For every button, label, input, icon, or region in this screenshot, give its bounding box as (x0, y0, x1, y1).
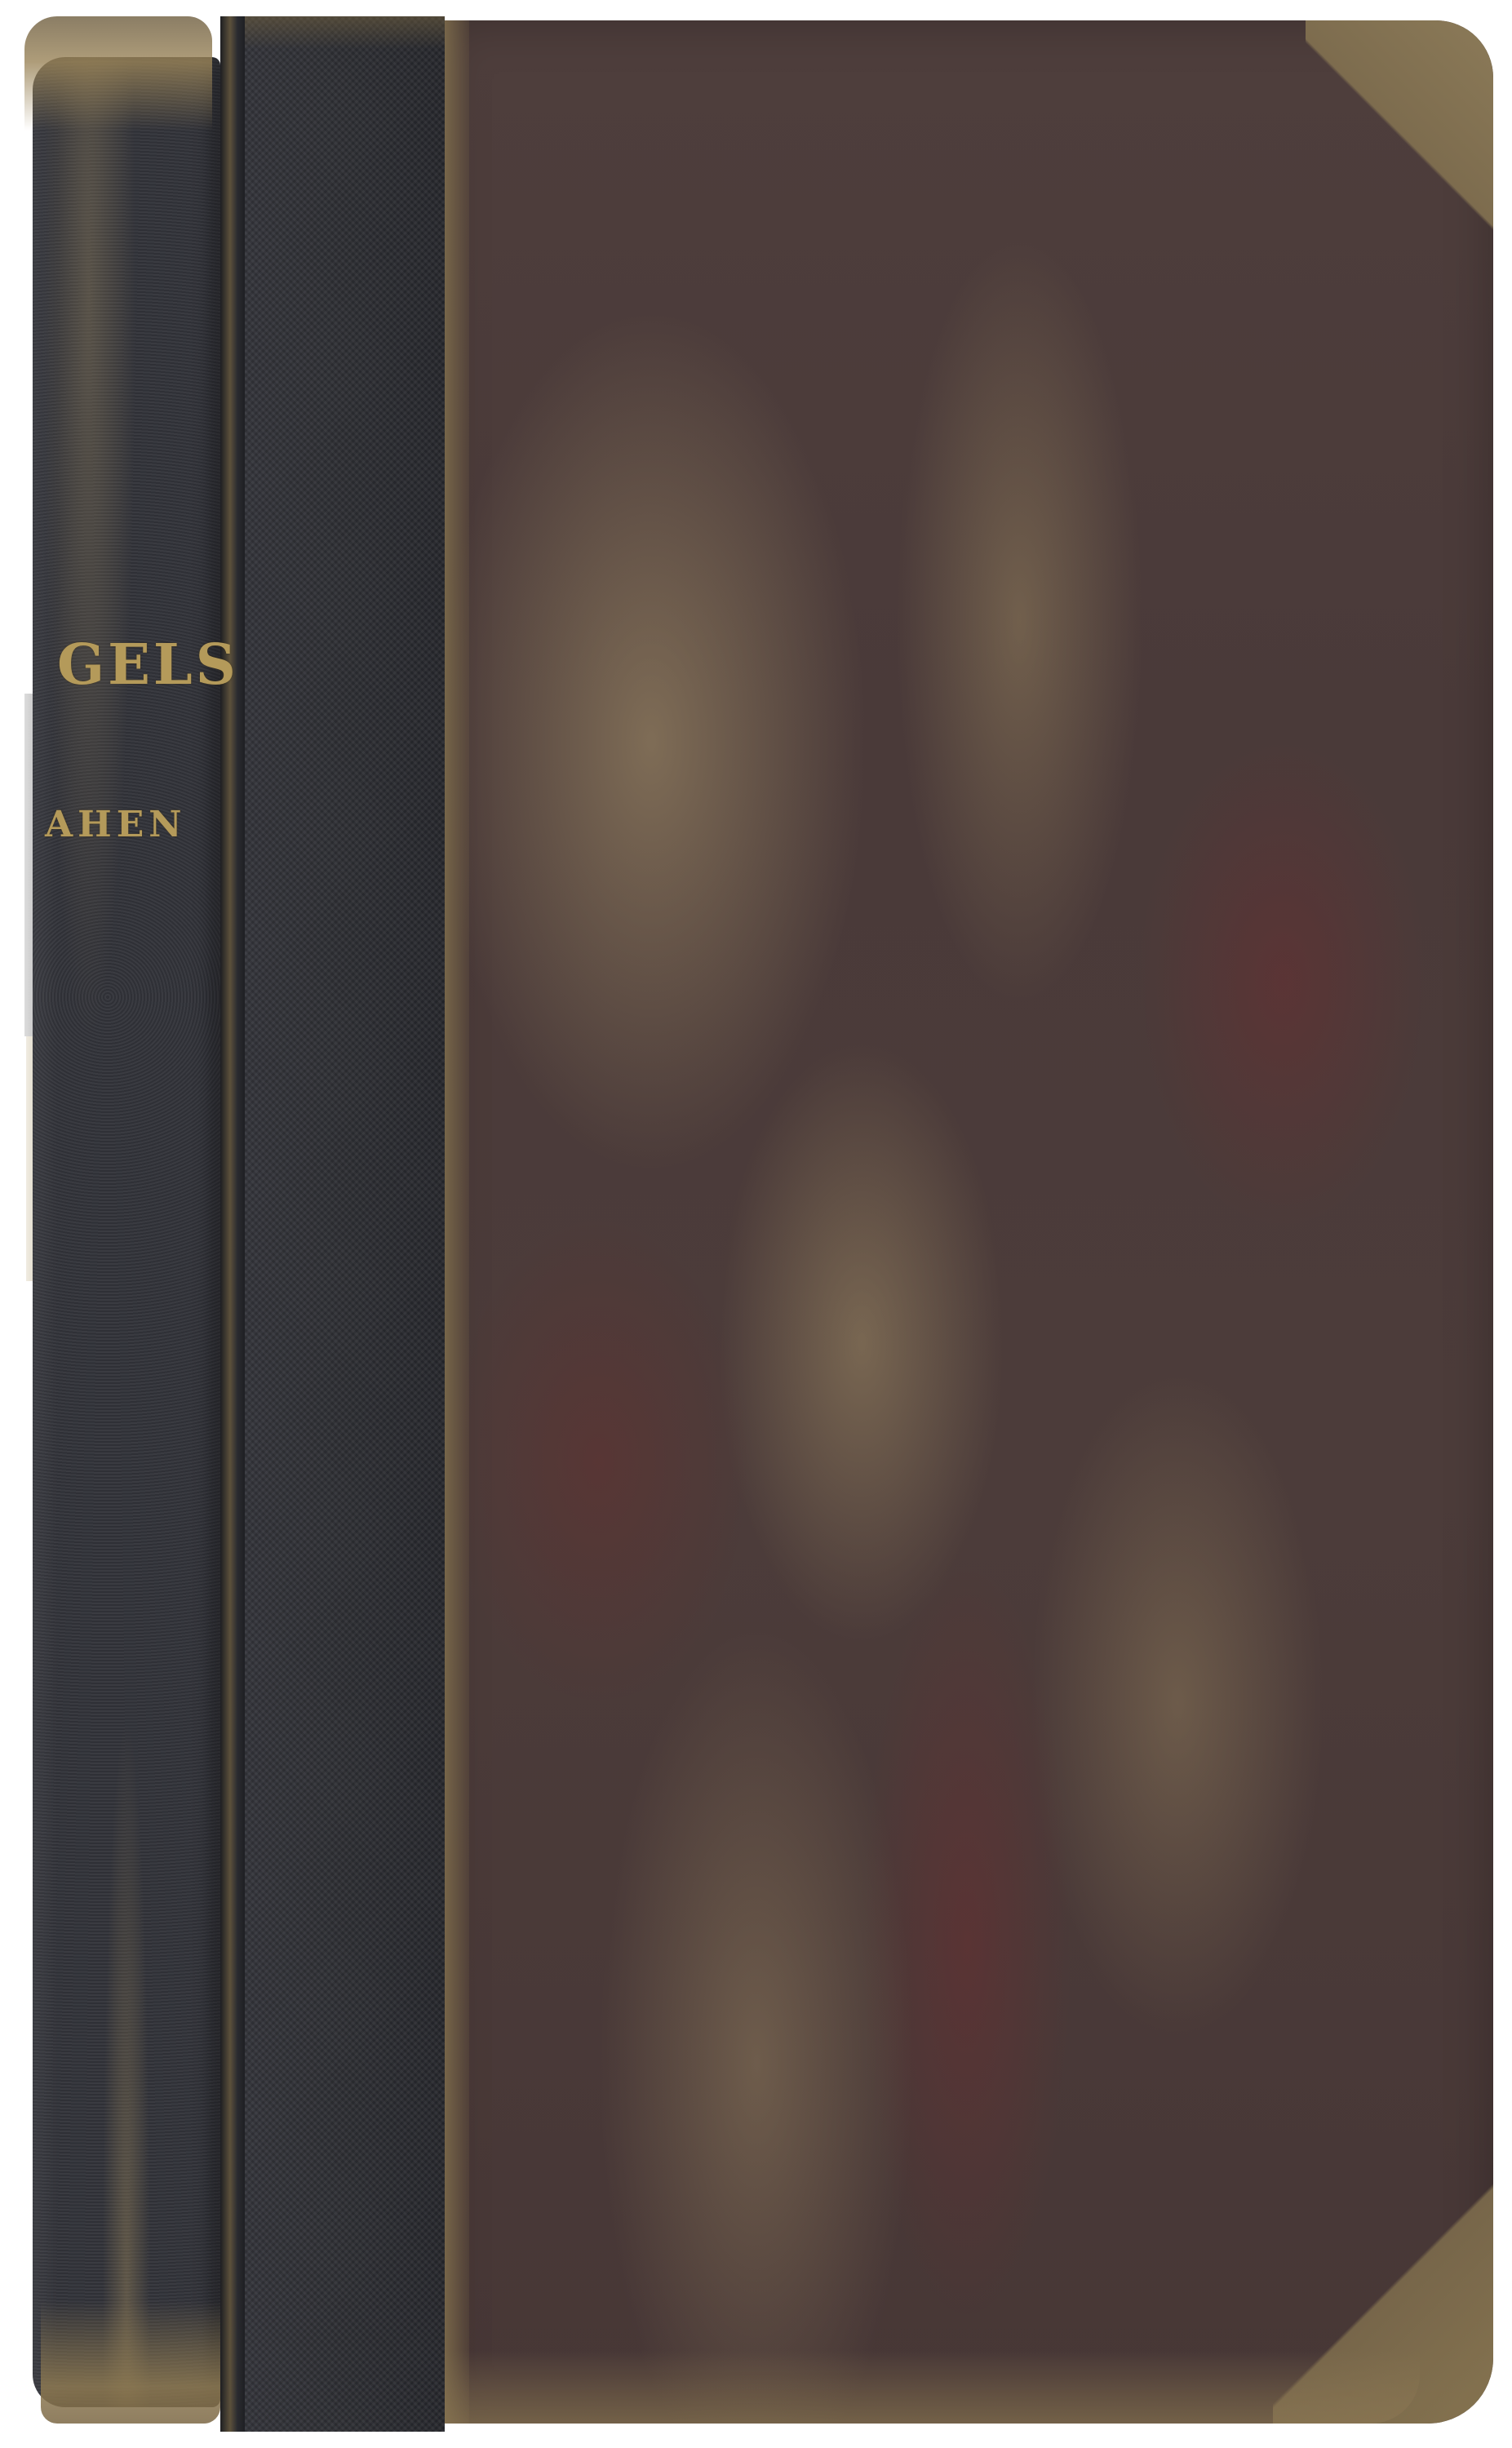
cloth-binding-strip (241, 16, 445, 2432)
spine-title-line-1: GELS (57, 632, 239, 698)
spine-title-line-2: AHEN (45, 804, 186, 845)
spine-head-wear (24, 16, 212, 131)
cloth-strip-head-wear (241, 16, 445, 49)
worn-top-right-corner (1306, 20, 1493, 290)
book-hinge (220, 16, 245, 2432)
board-edge (441, 20, 469, 2424)
book-photo: GELS AHEN (0, 0, 1512, 2448)
board-bottom-edge (441, 2350, 1420, 2424)
spine-tail-wear (41, 2301, 220, 2424)
marbled-front-board (441, 20, 1493, 2424)
book-spine (33, 57, 220, 2407)
